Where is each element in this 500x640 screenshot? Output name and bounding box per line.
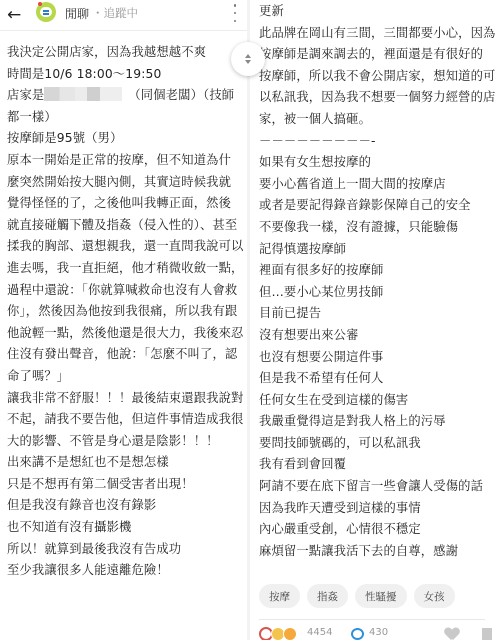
reaction-count[interactable]: 4454 [307,627,332,638]
post-body-left: 我決定公開店家，因為我越想越不爽 時間是10/6 18:00～19:50 店家是… [7,42,244,582]
back-arrow-icon[interactable]: ← [7,6,25,24]
post-line: 也沒有想要公開這件事 [259,347,496,369]
post-line: 只是不想再有第二個受害者出現！ [7,474,244,496]
post-line: 大的影響、不管是身心還是陰影！！！ [7,431,244,453]
bookmark-icon[interactable] [482,628,492,640]
post-line: 或者是要記得錄音錄影保障自己的安全 [259,195,496,217]
footer-divider [259,619,485,620]
post-line: 更新 [259,1,496,23]
post-line: 但是我不希望有任何人 [259,368,496,390]
post-line: 阿請不要在底下留言一些會讓人受傷的話 [259,476,496,498]
post-line: 如果有女生想按摩的 [259,152,496,174]
post-line: 出來講不是想紅也不是想怎樣 [7,452,244,474]
post-line: 住沒有發出聲音，他說：「怎麼不叫了，認 [7,344,244,366]
more-options-icon[interactable] [232,4,238,22]
caret-up-icon [245,54,251,58]
post-line: 原本一開始是正常的按摩，但不知道為什 [7,150,244,172]
post-line-text: （同個老闆）（技師 [128,88,234,102]
post-line: 記得慎選按摩師 [259,239,496,261]
post-line: 按摩師是95號（男） [7,128,244,150]
post-line-separator: －－－－－－－－－- [259,131,496,153]
post-line: 裡面有很多好的按摩師 [259,260,496,282]
board-avatar[interactable] [36,2,56,22]
tag-chip[interactable]: 按摩 [259,584,300,608]
heart-like-icon[interactable] [445,628,459,640]
wow-reaction-icon [283,627,297,640]
board-name[interactable]: 閒聊 [65,5,89,22]
post-line: 讓我非常不舒服！！！最後結束還跟我說對 [7,388,244,410]
post-line: 內心嚴重受創，心情很不穩定 [259,519,496,541]
post-line: 麻煩留一點讓我活下去的自尊，感謝 [259,541,496,563]
post-line: 都一樣） [7,107,244,129]
tag-chip[interactable]: 性騷擾 [355,584,407,608]
scroll-toggle-button[interactable] [231,42,265,76]
tag-chip[interactable]: 女孩 [414,584,455,608]
post-line: 按摩師，所以我不會公開店家，想知道的可 [259,66,496,88]
post-line: 要小心舊省道上一間大間的按摩店 [259,174,496,196]
post-panel-right: 更新 此品牌在岡山有三間，三間都要小心，因為 按摩師是調來調去的，裡面還是有很好… [250,0,500,640]
post-line: 按摩師是調來調去的，裡面還是有很好的 [259,44,496,66]
post-line: 因為我昨天遭受到這樣的事情 [259,498,496,520]
post-line: 至少我讓很多人能遠離危險！ [7,560,244,582]
post-line: 揉我的胸部、還想親我，還一直問我說可以 [7,236,244,258]
comment-count[interactable]: 430 [369,627,388,638]
post-line: 我嚴重覺得這是對我人格上的污辱 [259,411,496,433]
post-line: 也不知道有沒有攝影機 [7,517,244,539]
post-line: 就直接碰觸下體及指姦（侵入性的）、甚至 [7,215,244,237]
post-line: 沒有想要出來公審 [259,325,496,347]
post-line: 任何女生在受到這樣的傷害 [259,390,496,412]
post-line: 麼突然開始按大腿內側，其實這時候我就 [7,172,244,194]
comment-icon[interactable] [351,628,364,640]
post-line: 以私訊我，因為我不想要一個努力經營的店 [259,87,496,109]
notification-dot [38,2,42,6]
post-line: 覺得怪怪的了，之後他叫我轉正面，然後 [7,193,244,215]
tag-list: 按摩 指姦 性騷擾 女孩 [259,584,455,608]
chat-bubble-icon [40,7,52,17]
post-line: 我有看到會回覆 [259,454,496,476]
caret-down-icon [245,60,251,64]
store-label: 店家是 [7,88,44,102]
post-line: 你」，然後因為他按到我很痛，所以我有跟 [7,301,244,323]
post-line: 進去嗎，我一直拒絕，他才稍微收斂一點， [7,258,244,280]
post-line: 他說輕一點，然後他還是很大力，我後來忍 [7,323,244,345]
post-line: 不起，請我不要告他，但這件事情造成我很 [7,409,244,431]
post-panel-left: ← 閒聊 ・追蹤中 我決定公開店家，因為我越想越不爽 時間是10/6 18:00… [0,0,247,640]
post-line: 家，被一個人搞砸。 [259,109,496,131]
post-body-right: 更新 此品牌在岡山有三間，三間都要小心，因為 按摩師是調來調去的，裡面還是有很好… [259,1,496,562]
top-app-bar: ← 閒聊 ・追蹤中 [0,0,247,31]
post-line: 要問技師號碼的，可以私訊我 [259,433,496,455]
tag-chip[interactable]: 指姦 [307,584,348,608]
reactions-button[interactable] [259,627,295,640]
post-line: 目前已提告 [259,303,496,325]
post-line: 但…要小心某位男技師 [259,282,496,304]
post-line: 不要像我一樣，沒有證據，只能驗傷 [259,217,496,239]
post-line: 但是我沒有錄音也沒有錄影 [7,495,244,517]
follow-status[interactable]: ・追蹤中 [92,5,138,21]
post-line: 過程中還說：「你就算喊救命也沒有人會救 [7,280,244,302]
blurred-store-name [44,87,122,101]
post-footer: 4454 430 [259,627,495,640]
post-line: 命了嗎？」 [7,366,244,388]
post-line: 所以！就算到最後我沒有告成功 [7,539,244,561]
post-line-store: 店家是（同個老闆）（技師 [7,85,244,107]
post-line: 此品牌在岡山有三間，三間都要小心，因為 [259,23,496,45]
post-line: 時間是10/6 18:00～19:50 [7,64,244,86]
post-line: 我決定公開店家，因為我越想越不爽 [7,42,244,64]
